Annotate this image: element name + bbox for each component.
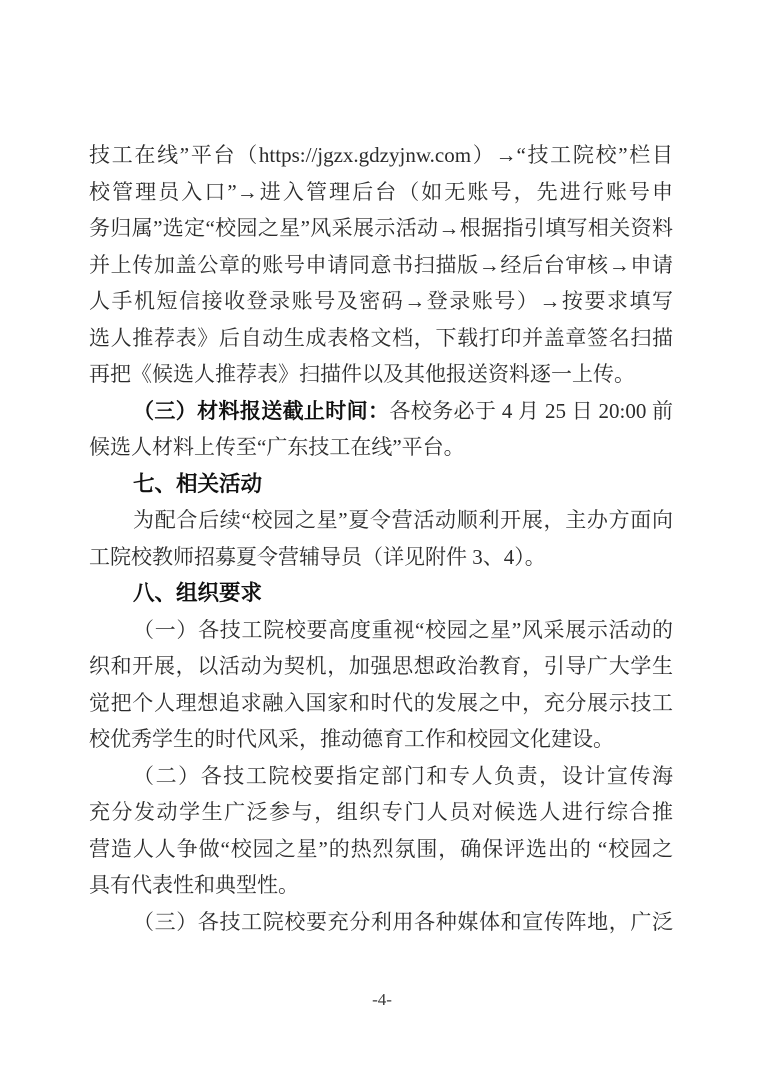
text-line: （二）各技工院校要指定部门和专人负责，设计宣传海报，	[89, 758, 673, 795]
text-line: 工院校教师招募夏令营辅导员（详见附件 3、4）。	[89, 539, 673, 576]
text-line: （一）各技工院校要高度重视“校园之星”风采展示活动的组	[89, 612, 673, 649]
text-line: 营造人人争做“校园之星”的热烈氛围，确保评选出的 “校园之星”	[89, 831, 673, 868]
bold-lead-label: （三）材料报送截止时间：	[133, 400, 389, 423]
text-line: 校管理员入口”→进入管理后台（如无账号，先进行账号申请，“业	[89, 174, 673, 211]
paragraph-requirement-3: （三）各技工院校要充分利用各种媒体和宣传阵地，广泛宣	[89, 904, 673, 941]
text-line: 人手机短信接收登录账号及密码→登录账号）→按要求填写《候	[89, 283, 673, 320]
paragraph-summer-camp: 为配合后续“校园之星”夏令营活动顺利开展，主办方面向技 工院校教师招募夏令营辅导…	[89, 502, 673, 575]
text-line: 校优秀学生的时代风采，推动德育工作和校园文化建设。	[89, 721, 673, 758]
paragraph-material-deadline: （三）材料报送截止时间：各校务必于 4 月 25 日 20:00 前将 候选人材…	[89, 393, 673, 466]
document-text-body: 技工在线”平台（https://jgzx.gdzyjnw.com）→“技工院校”…	[89, 137, 673, 940]
text-line: 具有代表性和典型性。	[89, 867, 673, 904]
text-line: （三）各技工院校要充分利用各种媒体和宣传阵地，广泛宣	[89, 904, 673, 941]
section-heading-related-activities: 七、相关活动	[89, 466, 673, 503]
paragraph-platform-upload-steps: 技工在线”平台（https://jgzx.gdzyjnw.com）→“技工院校”…	[89, 137, 673, 393]
text-line: 技工在线”平台（https://jgzx.gdzyjnw.com）→“技工院校”…	[89, 137, 673, 174]
text-line: 为配合后续“校园之星”夏令营活动顺利开展，主办方面向技	[89, 502, 673, 539]
text-line: 再把《候选人推荐表》扫描件以及其他报送资料逐一上传。	[89, 356, 673, 393]
text-line: 并上传加盖公章的账号申请同意书扫描版→经后台审核→申请	[89, 247, 673, 284]
text-line: 充分发动学生广泛参与，组织专门人员对候选人进行综合推选，	[89, 794, 673, 831]
text-line: 织和开展，以活动为契机，加强思想政治教育，引导广大学生自	[89, 648, 673, 685]
page-number: -4-	[0, 990, 764, 1010]
text-line: 候选人材料上传至“广东技工在线”平台。	[89, 429, 673, 466]
section-heading-organization-requirements: 八、组织要求	[89, 575, 673, 612]
text-line: 觉把个人理想追求融入国家和时代的发展之中，充分展示技工院	[89, 685, 673, 722]
text-line: 选人推荐表》后自动生成表格文档，下载打印并盖章签名扫描后，	[89, 320, 673, 357]
text-line: 务归属”选定“校园之星”风采展示活动→根据指引填写相关资料	[89, 210, 673, 247]
paragraph-requirement-1: （一）各技工院校要高度重视“校园之星”风采展示活动的组 织和开展，以活动为契机，…	[89, 612, 673, 758]
paragraph-requirement-2: （二）各技工院校要指定部门和专人负责，设计宣传海报， 充分发动学生广泛参与，组织…	[89, 758, 673, 904]
text-line: （三）材料报送截止时间：各校务必于 4 月 25 日 20:00 前将	[89, 393, 673, 430]
document-page: 技工在线”平台（https://jgzx.gdzyjnw.com）→“技工院校”…	[0, 0, 764, 1080]
